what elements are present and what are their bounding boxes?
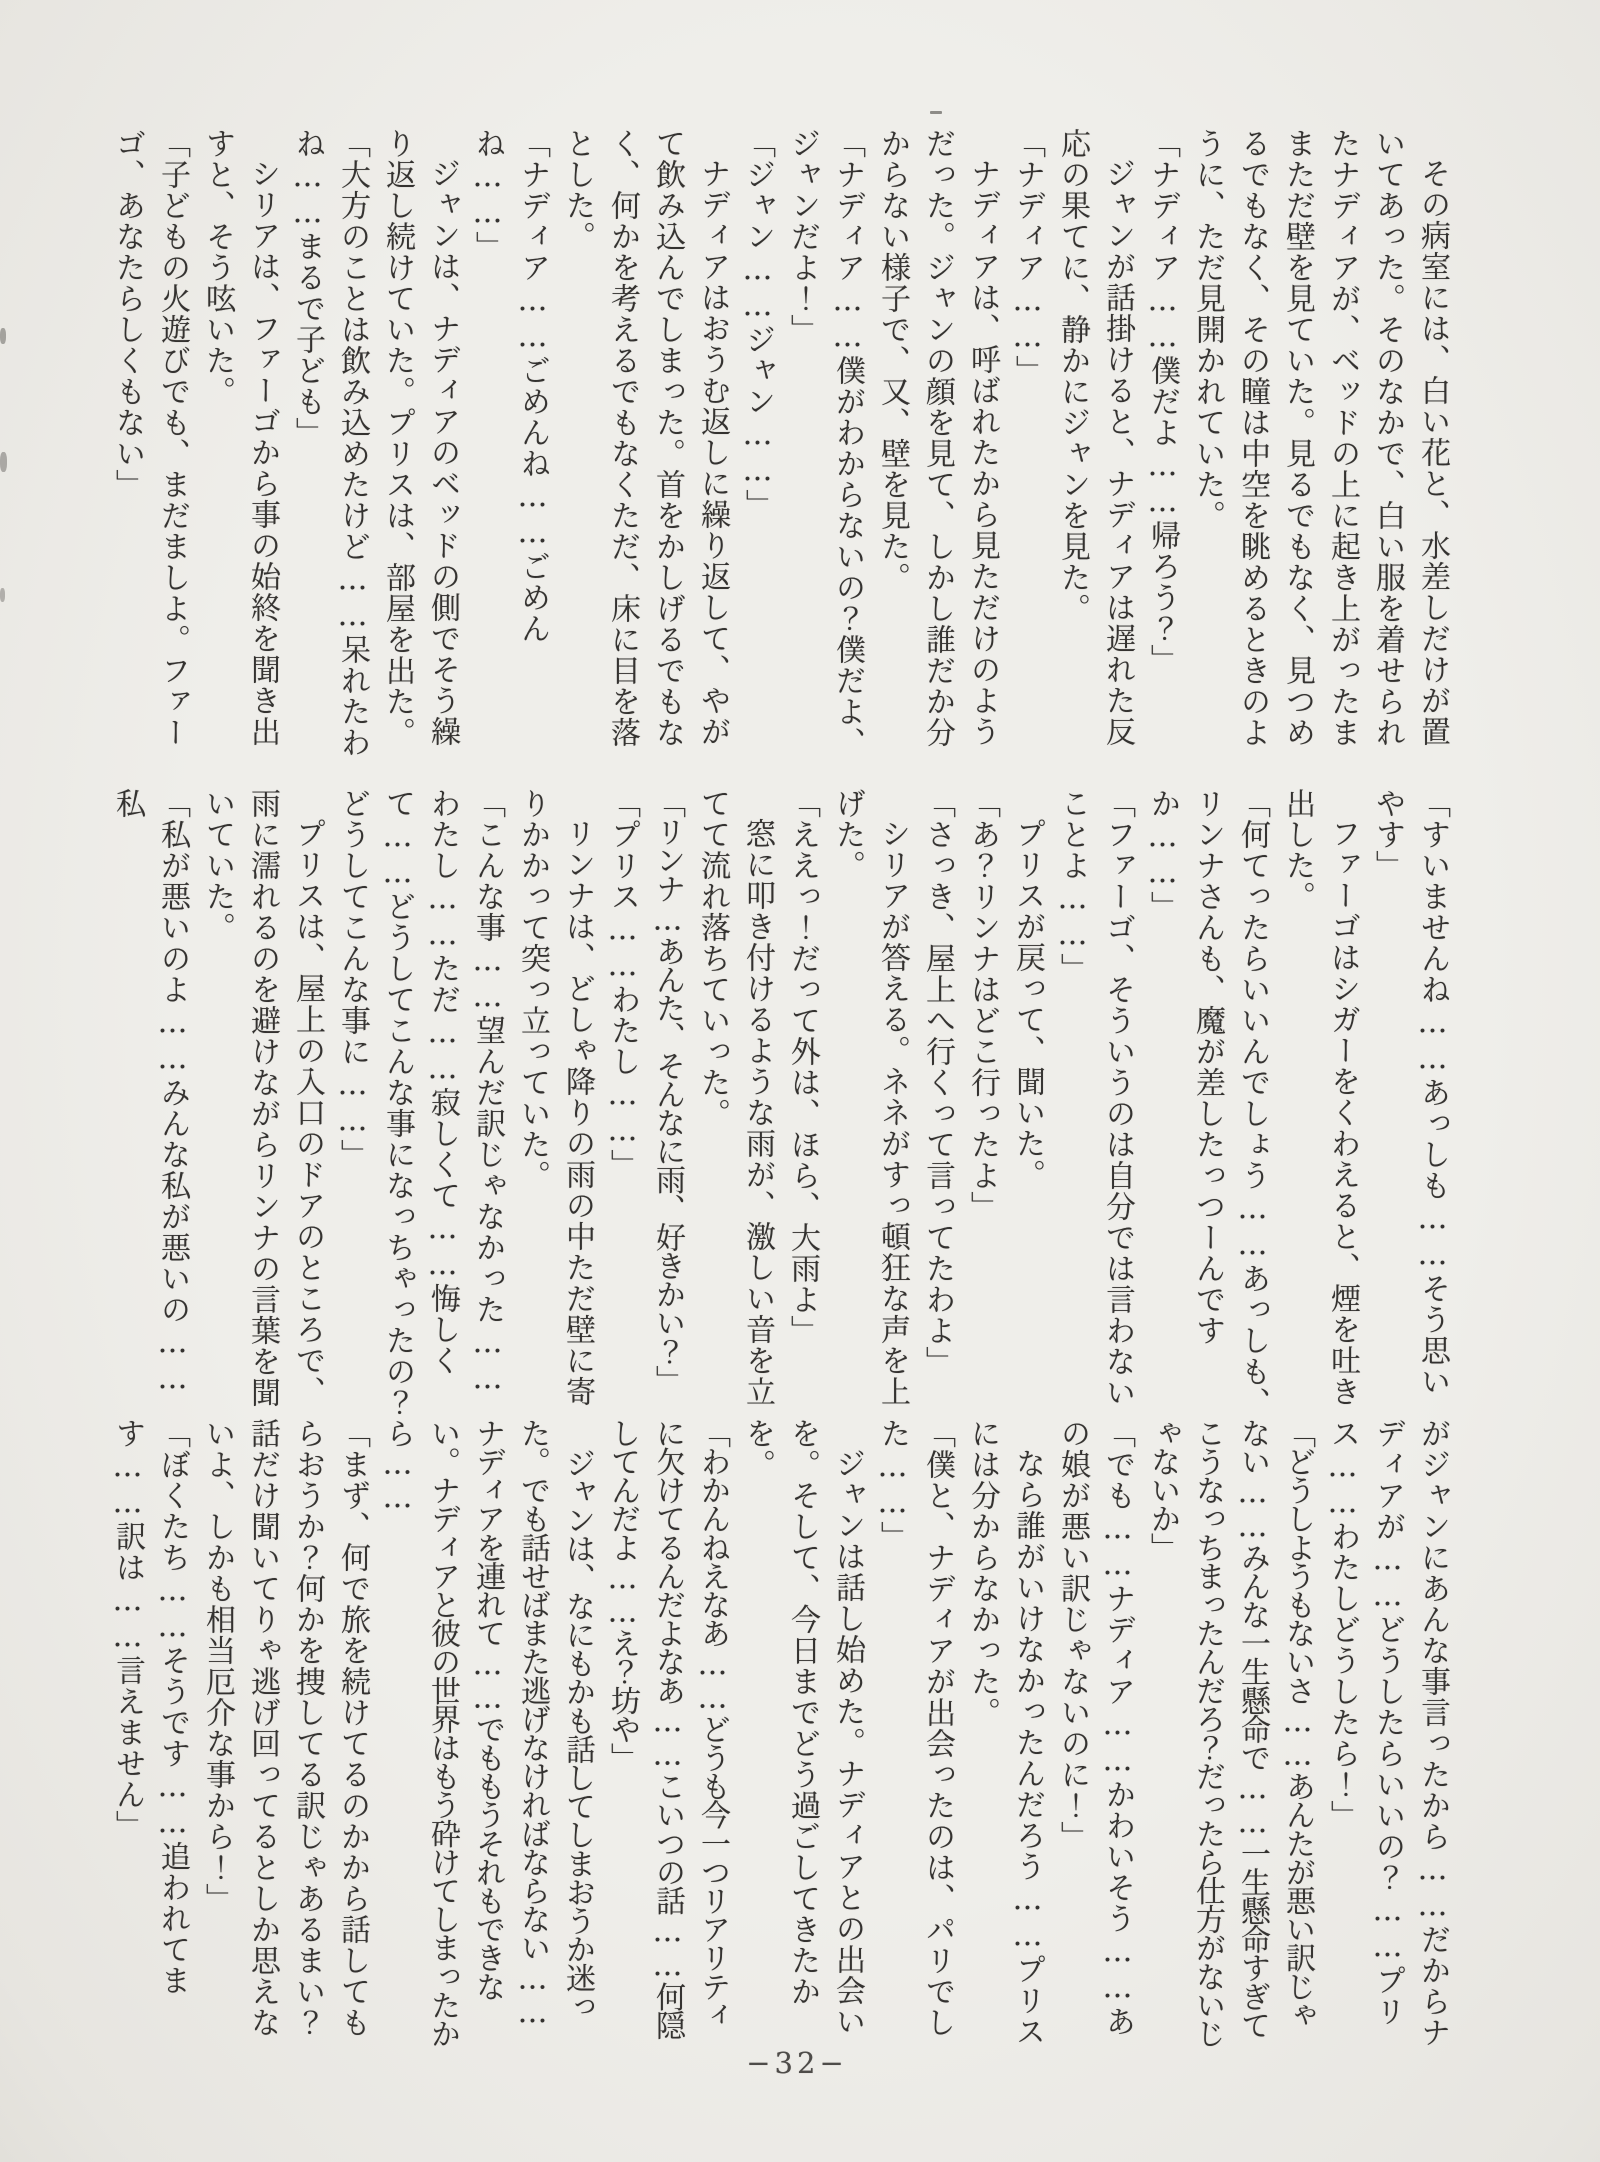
paragraph: 「あ？リンナはどこ行ったよ」 — [960, 788, 1005, 1420]
paragraph: 「ジャン……ジャン……」 — [735, 128, 780, 760]
paragraph: 「すいませんね……あっしも……そう思いやす」 — [1365, 788, 1455, 1420]
paragraph: 「大方のことは飲み込めたけど……呆れたわね……まるで子ども」 — [285, 128, 375, 760]
text-section-top: その病室には、白い花と、水差しだけが置いてあった。そのなかで、白い服を着せられた… — [55, 128, 1455, 760]
scan-speck — [0, 588, 5, 602]
text-section-bottom: がジャンにあんな事言ったから……だからナディアが……どうしたらいいの？……プリス… — [55, 1418, 1455, 2050]
paragraph: 「さっき、屋上へ行くって言ってたわよ」 — [915, 788, 960, 1420]
paragraph: ジャンは、ナディアのベッドの側でそう繰り返し続けていた。プリスは、部屋を出た。 — [375, 128, 465, 760]
paragraph: 「わかんねえなあ……どうも今一つリアリティに欠けてるんだよなあ……こいつの話……… — [600, 1418, 735, 2050]
paragraph: 「何てったらいいんでしょう……あっしも、リンナさんも、魔が差したっつーんですか…… — [1140, 788, 1275, 1420]
scan-speck — [0, 328, 6, 344]
paragraph: 「ファーゴ、そういうのは自分では言わないことよ……」 — [1050, 788, 1140, 1420]
paragraph: がジャンにあんな事言ったから……だからナディアが……どうしたらいいの？……プリス… — [1320, 1418, 1455, 2050]
page-number: −32− — [746, 2046, 848, 2080]
paragraph: 「ナディア……」 — [1005, 128, 1050, 760]
text-section-middle: 「すいませんね……あっしも……そう思いやす」ファーゴはシガーをくわえると、煙を吐… — [55, 788, 1455, 1420]
paragraph: プリスが戻って、聞いた。 — [1005, 788, 1050, 1420]
paragraph: ジャンは話し始めた。ナディアとの出会いを。そして、今日までどう過ごしてきたかを。 — [735, 1418, 870, 2050]
paragraph: 「ええっ！だって外は、ほら、大雨よ」 — [780, 788, 825, 1420]
paragraph: シリアが答える。ネネがすっ頓狂な声を上げた。 — [825, 788, 915, 1420]
paragraph: ジャンが話掛けると、ナディアは遅れた反応の果てに、静かにジャンを見た。 — [1050, 128, 1140, 760]
paragraph: プリスは、屋上の入口のドアのところで、雨に濡れるのを避けながらリンナの言葉を聞い… — [195, 788, 330, 1420]
paragraph: ナディアは、呼ばれたから見ただけのようだった。ジャンの顔を見て、しかし誰だか分か… — [870, 128, 1005, 760]
paragraph: 「まず、何で旅を続けてるのかから話してもらおうか？何かを捜してる訳じゃあるまい？… — [195, 1418, 375, 2050]
paragraph: 「ナディア……ごめんね……ごめんね……」 — [465, 128, 555, 760]
paragraph: 「どうしようもないさ……あんたが悪い訳じゃない……みんな一生懸命で……一生懸命す… — [1140, 1418, 1320, 2050]
paragraph: 「でも……ナディア……かわいそう……あの娘が悪い訳じゃないのに！」 — [1050, 1418, 1140, 2050]
paragraph: 「リンナ…あんた、そんなに雨、好きかい？」 — [645, 788, 690, 1420]
scanned-page: { "page": { "number_label": "−32−", "bac… — [0, 0, 1600, 2162]
paragraph: シリアは、ファーゴから事の始終を聞き出すと、そう呟いた。 — [195, 128, 285, 760]
paragraph: リンナは、どしゃ降りの雨の中ただ壁に寄りかかって突っ立っていた。 — [510, 788, 600, 1420]
paragraph: 「ナディア……僕がわからないの？僕だよ、ジャンだよ！」 — [780, 128, 870, 760]
paragraph: 「ぼくたち……そうです……追われてます……訳は……言えません」 — [105, 1418, 195, 2050]
paragraph: 「ナディア……僕だよ……帰ろう？」 — [1140, 128, 1185, 760]
paragraph: ナディアはおうむ返しに繰り返して、やがて飲み込んでしまった。首をかしげるでもなく… — [555, 128, 735, 760]
paragraph: 「こんな事……望んだ訳じゃなかった……わたし……ただ……寂しくて……悔しくて……… — [330, 788, 510, 1420]
paragraph: なら誰がいけなかったんだろう……プリスには分からなかった。 — [960, 1418, 1050, 2050]
paragraph: 「私が悪いのよ……みんな私が悪いの……私 — [105, 788, 195, 1420]
scan-speck — [0, 452, 7, 472]
paragraph: その病室には、白い花と、水差しだけが置いてあった。そのなかで、白い服を着せられた… — [1185, 128, 1455, 760]
paragraph: 「子どもの火遊びでも、まだましよ。ファーゴ、あなたらしくもない」 — [105, 128, 195, 760]
scan-dash-mark — [930, 111, 942, 114]
paragraph: 「プリス……わたし……」 — [600, 788, 645, 1420]
paragraph: ファーゴはシガーをくわえると、煙を吐き出した。 — [1275, 788, 1365, 1420]
paragraph: 「僕と、ナディアが出会ったのは、パリでした……」 — [870, 1418, 960, 2050]
paragraph: ジャンは、なにもかも話してしまおうか迷った。でも話せばまた逃げなければならない…… — [375, 1418, 600, 2050]
paragraph: 窓に叩き付けるような雨が、激しい音を立てて流れ落ちていった。 — [690, 788, 780, 1420]
